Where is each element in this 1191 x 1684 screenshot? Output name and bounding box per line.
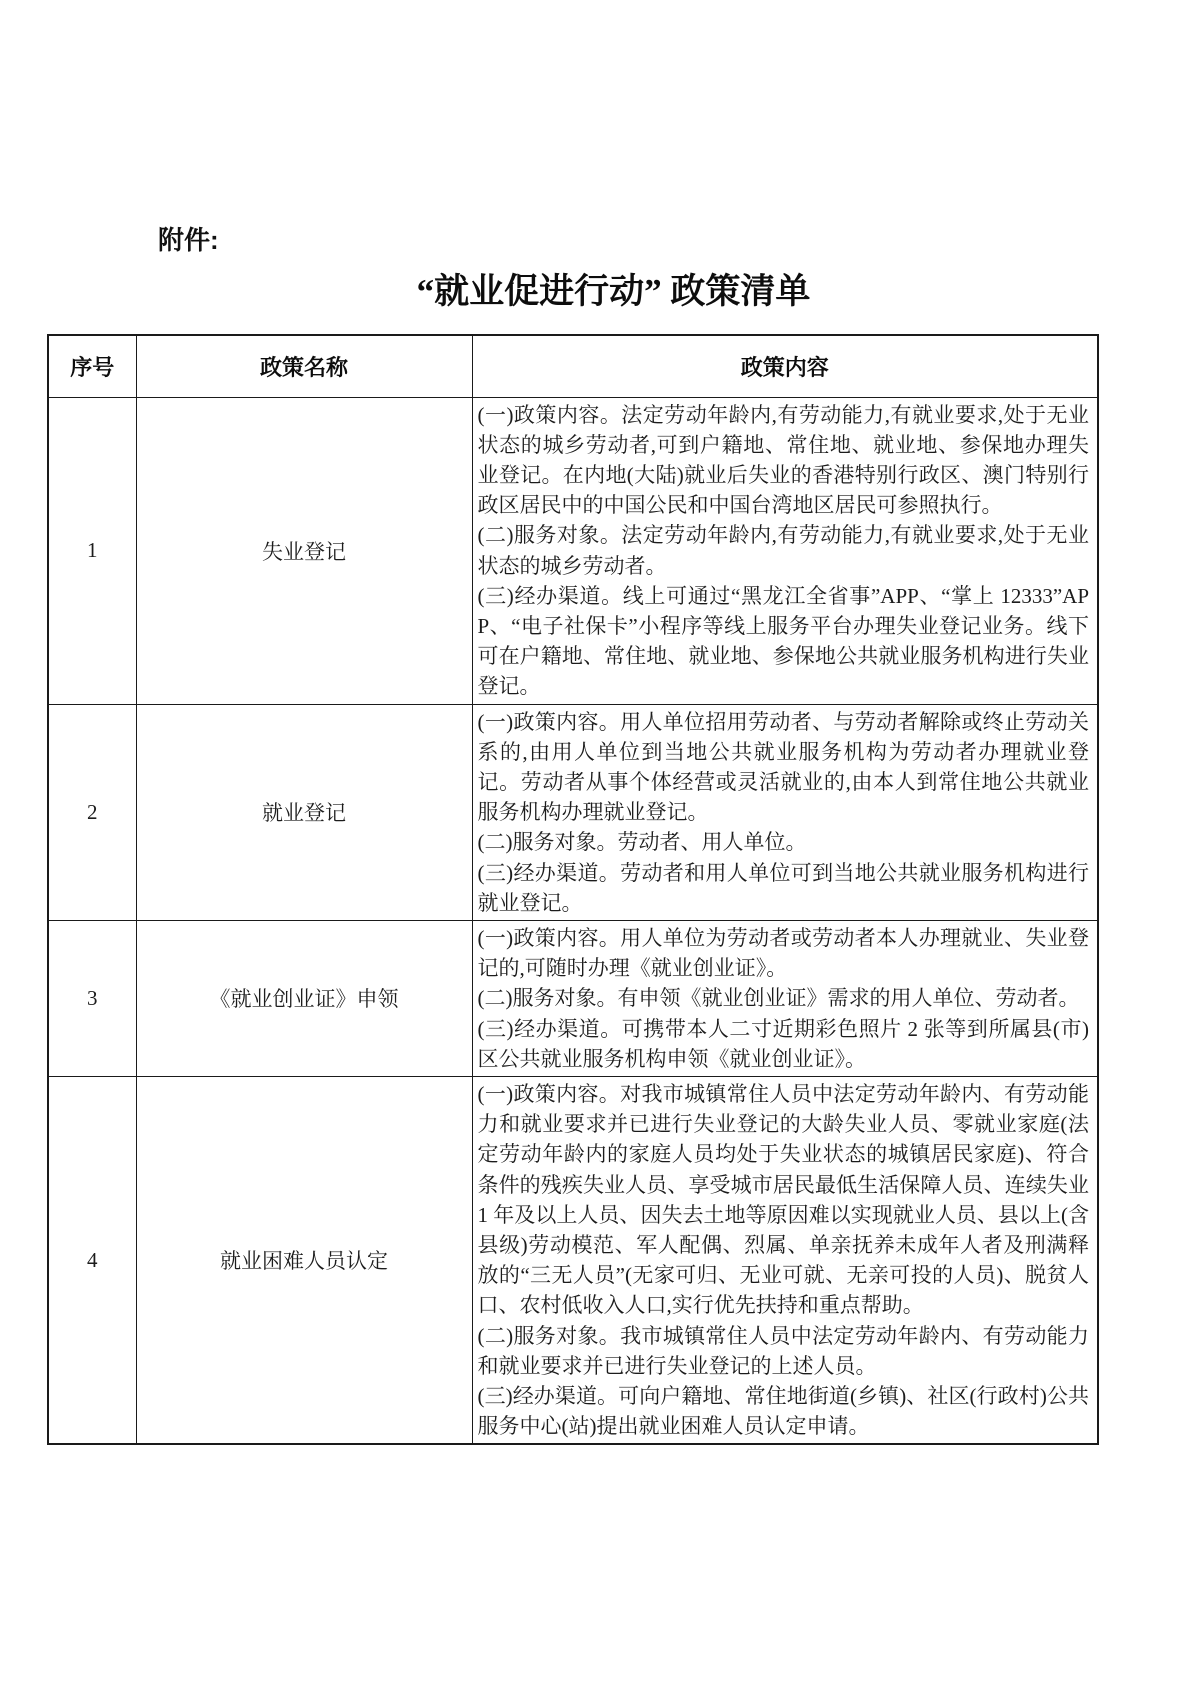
policy-content: (一)政策内容。法定劳动年龄内,有劳动能力,有就业要求,处于无业状态的城乡劳动者… [472,397,1098,704]
content-paragraph: (二)服务对象。劳动者、用人单位。 [478,827,1090,857]
page-title: “就业促进行动” 政策清单 [0,270,1191,314]
policy-name: 就业登记 [136,704,472,920]
row-number: 2 [48,704,136,920]
content-paragraph: (一)政策内容。用人单位为劳动者或劳动者本人办理就业、失业登记的,可随时办理《就… [478,923,1090,983]
content-paragraph: (三)经办渠道。可携带本人二寸近期彩色照片 2 张等到所属县(市)区公共就业服务… [478,1014,1090,1074]
column-header-content: 政策内容 [472,335,1098,397]
table-header-row: 序号 政策名称 政策内容 [48,335,1098,397]
policy-content: (一)政策内容。用人单位招用劳动者、与劳动者解除或终止劳动关系的,由用人单位到当… [472,704,1098,920]
policy-name: 就业困难人员认定 [136,1076,472,1444]
content-paragraph: (三)经办渠道。线上可通过“黑龙江全省事”APP、“掌上 12333”APP、“… [478,581,1090,702]
policy-name: 《就业创业证》申领 [136,920,472,1076]
column-header-name: 政策名称 [136,335,472,397]
policy-content: (一)政策内容。对我市城镇常住人员中法定劳动年龄内、有劳动能力和就业要求并已进行… [472,1076,1098,1444]
table-row: 1 失业登记 (一)政策内容。法定劳动年龄内,有劳动能力,有就业要求,处于无业状… [48,397,1098,704]
policy-table: 序号 政策名称 政策内容 1 失业登记 (一)政策内容。法定劳动年龄内,有劳动能… [47,334,1099,1445]
row-number: 4 [48,1076,136,1444]
attachment-label: 附件: [158,224,219,256]
content-paragraph: (二)服务对象。有申领《就业创业证》需求的用人单位、劳动者。 [478,983,1090,1013]
content-paragraph: (三)经办渠道。可向户籍地、常住地街道(乡镇)、社区(行政村)公共服务中心(站)… [478,1381,1090,1441]
row-number: 1 [48,397,136,704]
policy-content: (一)政策内容。用人单位为劳动者或劳动者本人办理就业、失业登记的,可随时办理《就… [472,920,1098,1076]
policy-name: 失业登记 [136,397,472,704]
content-paragraph: (一)政策内容。对我市城镇常住人员中法定劳动年龄内、有劳动能力和就业要求并已进行… [478,1079,1090,1321]
content-paragraph: (二)服务对象。法定劳动年龄内,有劳动能力,有就业要求,处于无业状态的城乡劳动者… [478,520,1090,580]
content-paragraph: (三)经办渠道。劳动者和用人单位可到当地公共就业服务机构进行就业登记。 [478,858,1090,918]
content-paragraph: (二)服务对象。我市城镇常住人员中法定劳动年龄内、有劳动能力和就业要求并已进行失… [478,1321,1090,1381]
column-header-no: 序号 [48,335,136,397]
table-row: 4 就业困难人员认定 (一)政策内容。对我市城镇常住人员中法定劳动年龄内、有劳动… [48,1076,1098,1444]
row-number: 3 [48,920,136,1076]
document-page: 附件: “就业促进行动” 政策清单 序号 政策名称 政策内容 1 失业登记 (一… [0,0,1191,1684]
table-row: 3 《就业创业证》申领 (一)政策内容。用人单位为劳动者或劳动者本人办理就业、失… [48,920,1098,1076]
content-paragraph: (一)政策内容。法定劳动年龄内,有劳动能力,有就业要求,处于无业状态的城乡劳动者… [478,400,1090,521]
content-paragraph: (一)政策内容。用人单位招用劳动者、与劳动者解除或终止劳动关系的,由用人单位到当… [478,707,1090,828]
table-row: 2 就业登记 (一)政策内容。用人单位招用劳动者、与劳动者解除或终止劳动关系的,… [48,704,1098,920]
